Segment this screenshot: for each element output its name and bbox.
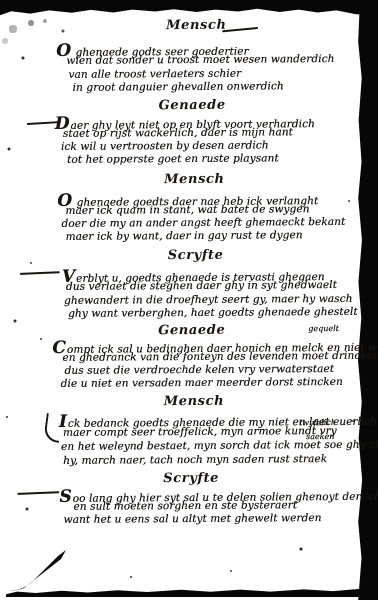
speaker-heading: Mensch bbox=[164, 172, 225, 187]
verse-line: maer ick by want, daer in gay rust te dy… bbox=[66, 229, 303, 243]
verse-line: van alle troost verlaeters schier bbox=[68, 68, 241, 81]
verse-line: in groot danguier ghevallen onwerdich bbox=[72, 80, 283, 93]
verse-line: die u niet en versaden maer meerder dors… bbox=[61, 376, 343, 390]
speaker-heading: Mensch bbox=[164, 394, 225, 409]
handwriting-layer: Mensch O ghenaede godts seer goedertier … bbox=[0, 0, 378, 600]
verse-line: en sult moeten sorghen en ste bysteraert bbox=[73, 499, 297, 513]
verse-line: doer die my an ander angst heeft ghemaec… bbox=[61, 216, 345, 230]
verse-line: dus suet die verdroechde kelen vry verwa… bbox=[64, 363, 334, 377]
verse-line: en ghedranck van die fonteyn des levende… bbox=[62, 350, 378, 364]
pen-flourish bbox=[17, 491, 59, 495]
verse-line: ghewandert in die droefheyt seert gy, ma… bbox=[64, 293, 353, 307]
speaker-heading: Scryfte bbox=[163, 471, 219, 486]
verse-line: maer ick quam in stant, wat batet de swy… bbox=[65, 203, 309, 217]
verse-line: dus verlaet die steghen daer ghy in syt … bbox=[66, 279, 337, 293]
verse-line: maer compt seer troeffelick, myn armoe k… bbox=[63, 425, 337, 439]
verse-line: tot het opperste goet en ruste playsant bbox=[67, 152, 279, 165]
speaker-heading: Genaede bbox=[159, 98, 226, 113]
verse-line: hy, march naer, tach noch myn saden rust… bbox=[63, 453, 327, 467]
marginal-note: gequelt bbox=[308, 324, 339, 333]
pen-flourish bbox=[222, 27, 258, 32]
verse-line: wien dat sonder u troost moet wesen wand… bbox=[66, 53, 334, 67]
verse-line: ick wil u vertroosten by desen aerdich bbox=[61, 139, 269, 152]
verse-line: want het u eens sal u altyt met ghewelt … bbox=[63, 512, 321, 526]
verse-line: ghy want verberghen, haet goedts ghenaed… bbox=[68, 306, 358, 320]
pen-flourish bbox=[20, 271, 60, 275]
verse-line: en het weleynd bestaet, myn sorch dat ic… bbox=[61, 439, 378, 453]
verse-line: staet op rijst wackerlich, daer is mijn … bbox=[63, 126, 293, 140]
speaker-heading: Mensch bbox=[166, 18, 227, 33]
speaker-heading: Scryfte bbox=[168, 248, 224, 263]
manuscript-scan-page: Mensch O ghenaede godts seer goedertier … bbox=[0, 0, 378, 600]
